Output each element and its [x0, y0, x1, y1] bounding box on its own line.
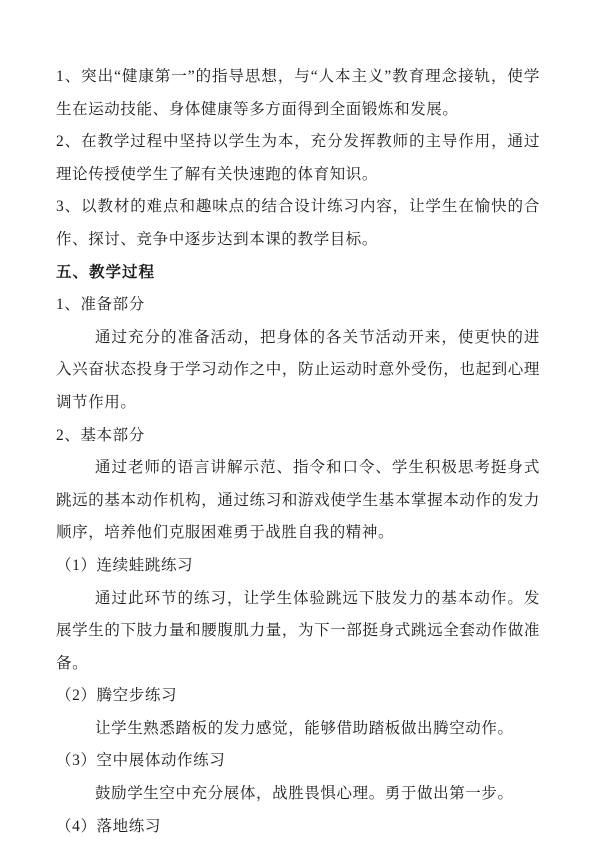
paragraph: 鼓励学生空中充分展体，战胜畏惧心理。勇于做出第一步。	[56, 778, 540, 811]
paragraph: 1、突出“健康第一”的指导思想，与“人本主义”教育理念接轨，使学生在运动技能、身…	[56, 61, 540, 126]
paragraph: 通过老师的语言讲解示范、指令和口令、学生积极思考挺身式跳远的基本动作机构，通过练…	[56, 452, 540, 550]
paragraph: 让学生熟悉踏板的发力感觉，能够借助踏板做出腾空动作。	[56, 713, 540, 746]
document-body: 1、突出“健康第一”的指导思想，与“人本主义”教育理念接轨，使学生在运动技能、身…	[56, 61, 540, 842]
paragraph: 3、以教材的难点和趣味点的结合设计练习内容，让学生在愉快的合作、探讨、竞争中逐步…	[56, 191, 540, 256]
paragraph: （4）落地练习	[56, 811, 540, 842]
document-page: 1、突出“健康第一”的指导思想，与“人本主义”教育理念接轨，使学生在运动技能、身…	[0, 0, 595, 842]
paragraph: 通过此环节的练习，让学生体验跳远下肢发力的基本动作。发展学生的下肢力量和腰腹肌力…	[56, 583, 540, 681]
paragraph: （1）连续蛙跳练习	[56, 550, 540, 583]
paragraph: （2）腾空步练习	[56, 680, 540, 713]
paragraph: 通过充分的准备活动，把身体的各关节活动开来，使更快的进入兴奋状态投身于学习动作之…	[56, 322, 540, 420]
paragraph: （3）空中展体动作练习	[56, 745, 540, 778]
paragraph: 1、准备部分	[56, 289, 540, 322]
section-heading: 五、教学过程	[56, 257, 540, 290]
paragraph: 2、在教学过程中坚持以学生为本，充分发挥教师的主导作用，通过理论传授使学生了解有…	[56, 126, 540, 191]
paragraph: 2、基本部分	[56, 420, 540, 453]
